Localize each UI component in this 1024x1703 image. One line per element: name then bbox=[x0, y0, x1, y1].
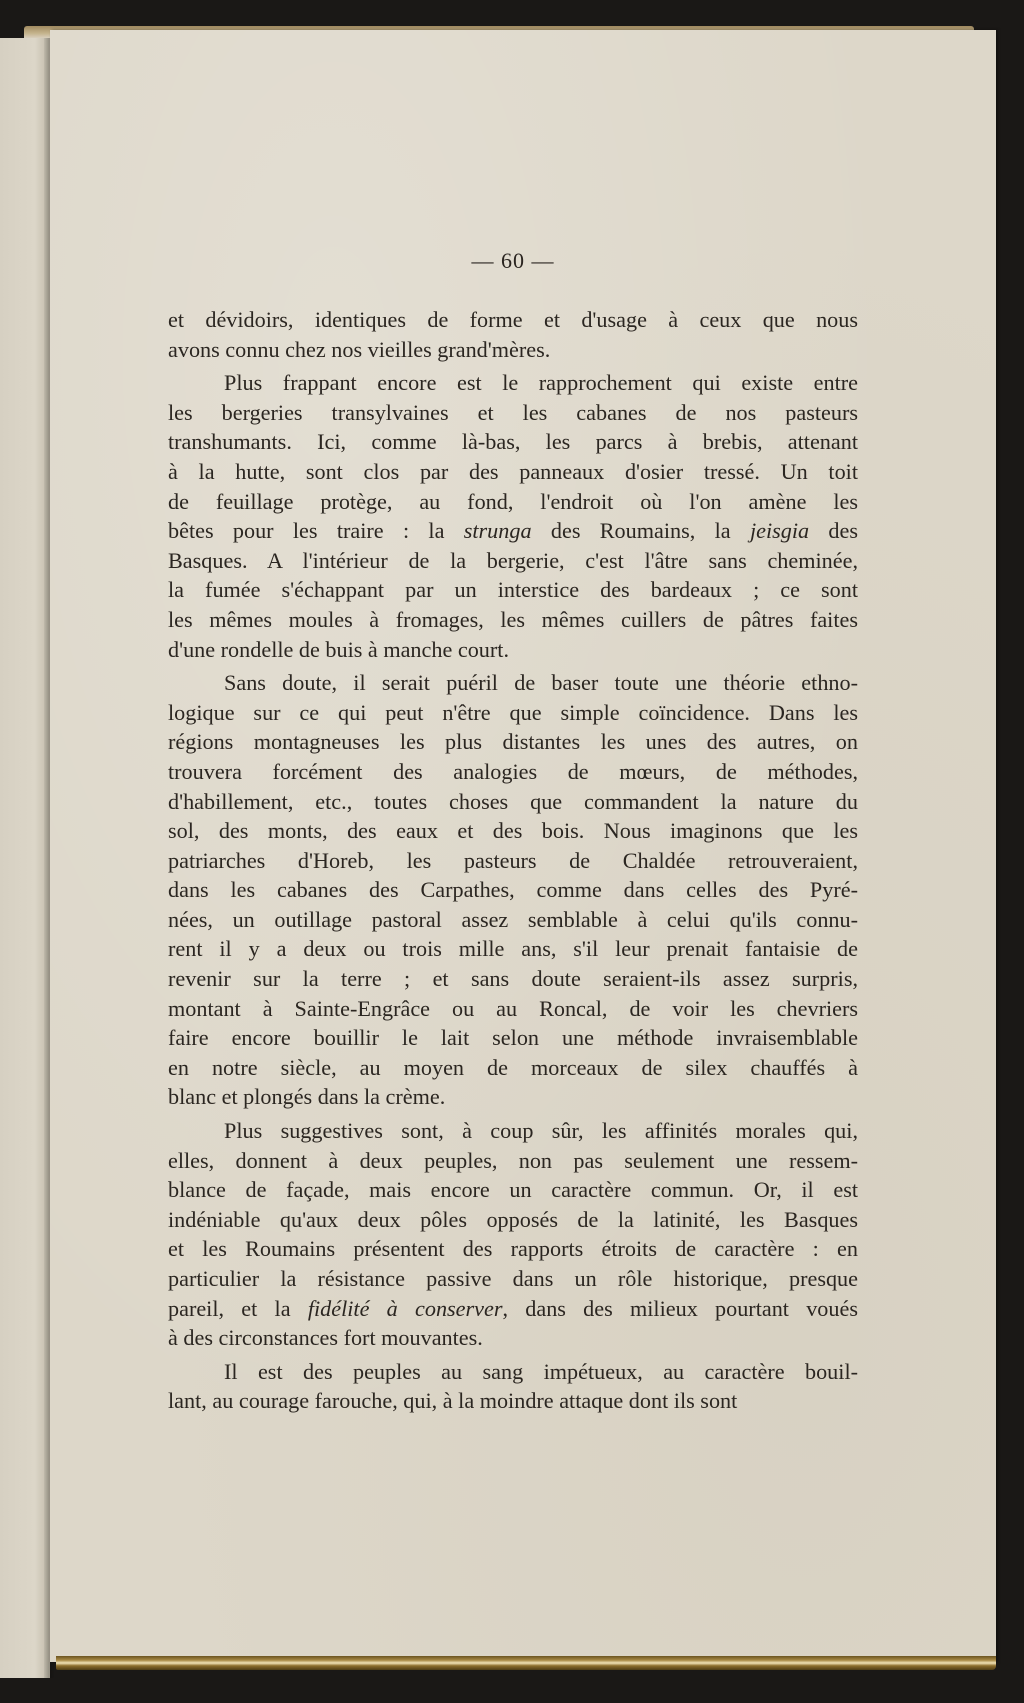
text-line: sol, des monts, des eaux et des bois. No… bbox=[168, 816, 858, 846]
text-line: à des circonstances fort mouvantes. bbox=[168, 1323, 858, 1353]
paragraph: Il est des peuples au sang impétueux, au… bbox=[168, 1357, 858, 1416]
italic-term: jeisgia bbox=[750, 518, 809, 543]
gilt-bottom-edge bbox=[56, 1656, 996, 1670]
text-line: Plus suggestives sont, à coup sûr, les a… bbox=[168, 1116, 858, 1146]
paragraph: et dévidoirs, identiques de forme et d'u… bbox=[168, 305, 858, 364]
text-line: Basques. A l'intérieur de la bergerie, c… bbox=[168, 546, 858, 576]
text-line: patriarches d'Horeb, les pasteurs de Cha… bbox=[168, 846, 858, 876]
italic-term: fidélité à conserver bbox=[308, 1296, 503, 1321]
text-line: faire encore bouillir le lait selon une … bbox=[168, 1023, 858, 1053]
text-line: montant à Sainte-Engrâce ou au Roncal, d… bbox=[168, 994, 858, 1024]
text-line: et les Roumains présentent des rapports … bbox=[168, 1234, 858, 1264]
text-line: à la hutte, sont clos par des panneaux d… bbox=[168, 457, 858, 487]
text-line: Sans doute, il serait puéril de baser to… bbox=[168, 668, 858, 698]
text-line: pareil, et la fidélité à conserver, dans… bbox=[168, 1294, 858, 1324]
text-line: elles, donnent à deux peuples, non pas s… bbox=[168, 1146, 858, 1176]
page-number: — 60 — bbox=[458, 248, 568, 274]
text-line: d'habillement, etc., toutes choses que c… bbox=[168, 787, 858, 817]
text-line: blanc et plongés dans la crème. bbox=[168, 1082, 858, 1112]
paragraph: Plus frappant encore est le rapprochemen… bbox=[168, 368, 858, 664]
text-line: particulier la résistance passive dans u… bbox=[168, 1264, 858, 1294]
text-line: régions montagneuses les plus distantes … bbox=[168, 727, 858, 757]
text-line: en notre siècle, au moyen de morceaux de… bbox=[168, 1053, 858, 1083]
text-line: rent il y a deux ou trois mille ans, s'i… bbox=[168, 934, 858, 964]
text-line: indéniable qu'aux deux pôles opposés de … bbox=[168, 1205, 858, 1235]
text-line: avons connu chez nos vieilles grand'mère… bbox=[168, 335, 858, 365]
paragraph: Plus suggestives sont, à coup sûr, les a… bbox=[168, 1116, 858, 1353]
text-line: de feuillage protège, au fond, l'endroit… bbox=[168, 487, 858, 517]
italic-term: strunga bbox=[464, 518, 532, 543]
facing-page-edge bbox=[0, 38, 50, 1678]
text-line: la fumée s'échappant par un interstice d… bbox=[168, 575, 858, 605]
text-line: nées, un outillage pastoral assez sembla… bbox=[168, 905, 858, 935]
text-line: les mêmes moules à fromages, les mêmes c… bbox=[168, 605, 858, 635]
text-line: logique sur ce qui peut n'être que simpl… bbox=[168, 698, 858, 728]
text-line: Il est des peuples au sang impétueux, au… bbox=[168, 1357, 858, 1387]
text-line: et dévidoirs, identiques de forme et d'u… bbox=[168, 305, 858, 335]
text-line: bêtes pour les traire : la strunga des R… bbox=[168, 516, 858, 546]
text-line: les bergeries transylvaines et les caban… bbox=[168, 398, 858, 428]
text-line: blance de façade, mais encore un caractè… bbox=[168, 1175, 858, 1205]
text-line: revenir sur la terre ; et sans doute ser… bbox=[168, 964, 858, 994]
text-line: Plus frappant encore est le rapprochemen… bbox=[168, 368, 858, 398]
body-text: et dévidoirs, identiques de forme et d'u… bbox=[168, 305, 858, 1416]
paragraph: Sans doute, il serait puéril de baser to… bbox=[168, 668, 858, 1112]
text-line: d'une rondelle de buis à manche court. bbox=[168, 635, 858, 665]
text-line: lant, au courage farouche, qui, à la moi… bbox=[168, 1386, 858, 1416]
text-line: dans les cabanes des Carpathes, comme da… bbox=[168, 875, 858, 905]
text-line: trouvera forcément des analogies de mœur… bbox=[168, 757, 858, 787]
text-line: transhumants. Ici, comme là-bas, les par… bbox=[168, 427, 858, 457]
